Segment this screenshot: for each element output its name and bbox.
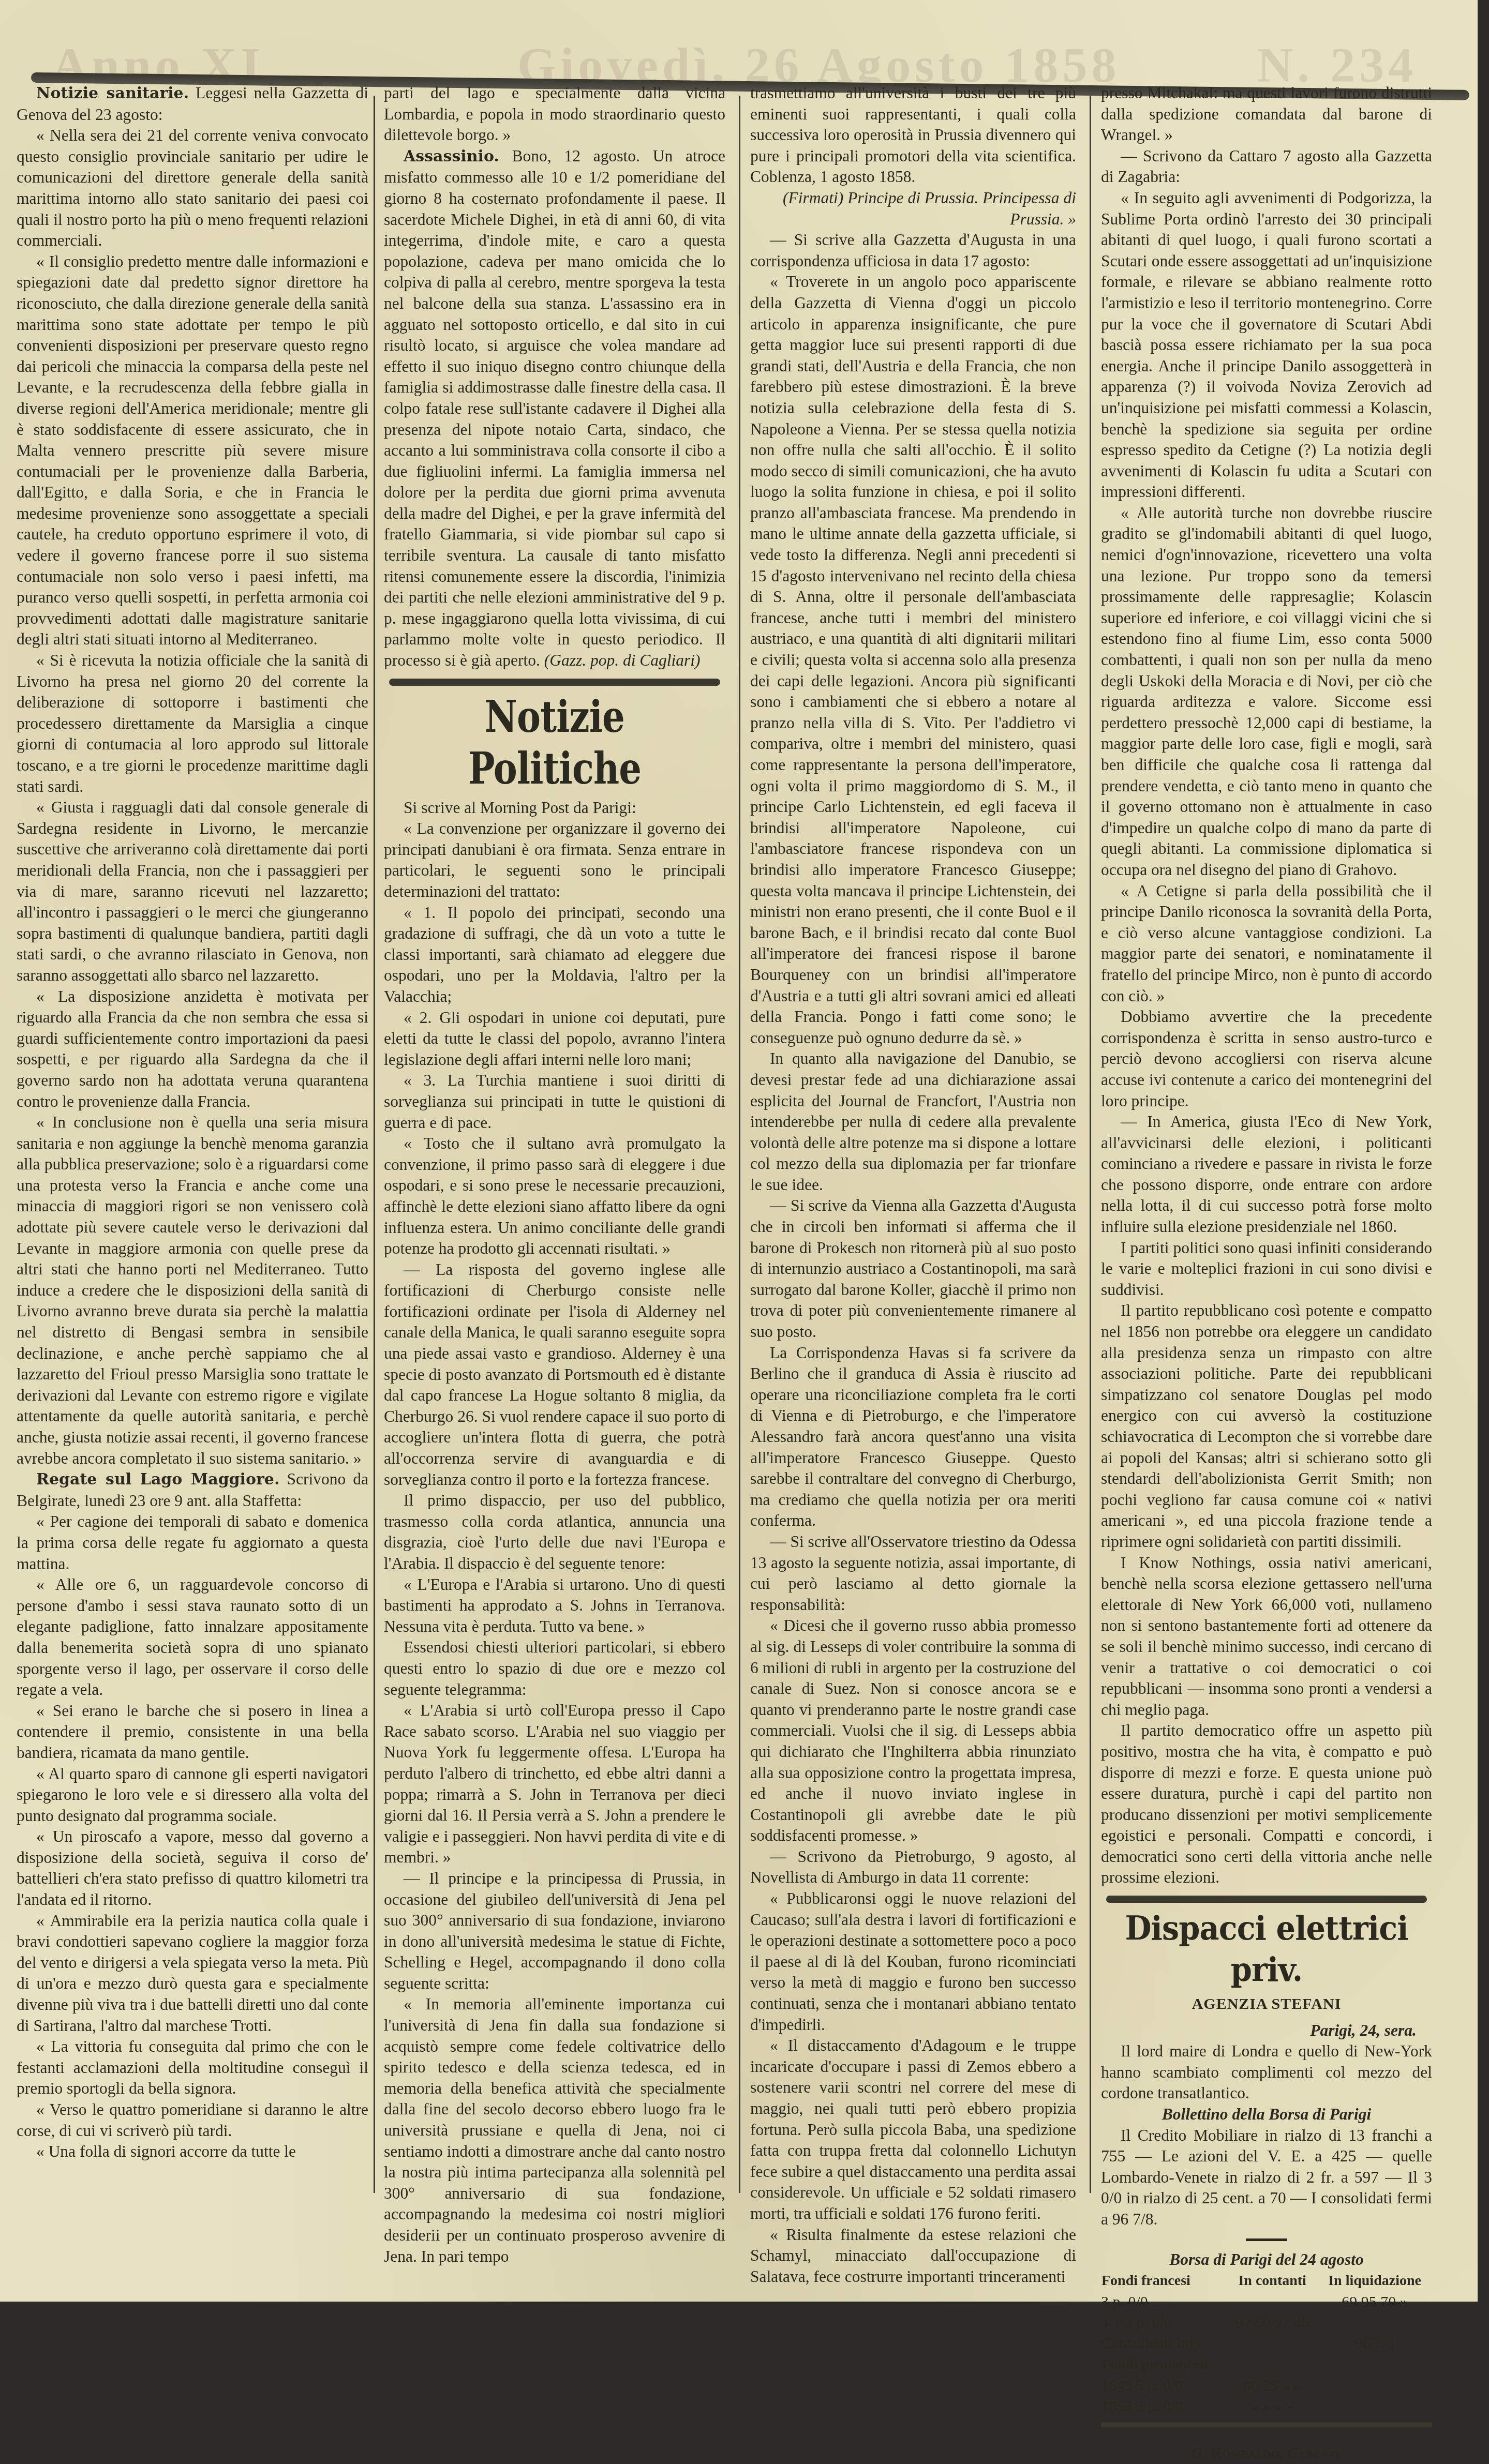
article-paragraph: Regate sul Lago Maggiore. Scrivono da Be… xyxy=(17,1469,368,1511)
borsa-title: Borsa di Parigi del 24 agosto xyxy=(1101,2249,1432,2271)
column-divider xyxy=(1090,96,1091,2193)
article-paragraph: « Risulta finalmente da estese relazioni… xyxy=(750,2225,1076,2288)
article-paragraph: — Si scrive all'Osservatore triestino da… xyxy=(750,1531,1076,1615)
article-paragraph: « La vittoria fu conseguita dal primo ch… xyxy=(17,2036,368,2099)
article-heading: Regate sul Lago Maggiore. xyxy=(36,1470,279,1489)
bulletin-title: Bollettino della Borsa di Parigi xyxy=(1101,2104,1432,2125)
article-paragraph: « Giusta i ragguagli dati dal console ge… xyxy=(17,797,368,986)
article-paragraph: « Per cagione dei temporali di sabato e … xyxy=(17,1511,368,1574)
column-divider xyxy=(374,96,375,2193)
borsa-header: In liquidazione xyxy=(1317,2270,1432,2292)
article-paragraph: « In seguito agli avvenimenti di Podgori… xyxy=(1101,188,1432,503)
article-paragraph: — Il principe e la principessa di Prussi… xyxy=(384,1868,725,1994)
article-heading: Notizie sanitarie. xyxy=(36,84,189,102)
section-rule xyxy=(389,679,720,686)
column-3: trasmettiamo all'università i busti dei … xyxy=(750,83,1076,2287)
agency-name: AGENZIA STEFANI xyxy=(1101,1994,1432,2015)
article-paragraph: Si scrive al Morning Post da Parigi: xyxy=(384,798,725,819)
article-paragraph: — Si scrive alla Gazzetta d'Augusta in u… xyxy=(750,230,1076,272)
article-paragraph: « Dicesi che il governo russo abbia prom… xyxy=(750,1615,1076,1846)
article-paragraph: « In memoria all'eminente importanza cui… xyxy=(384,1994,725,2267)
article-heading: Assassinio. xyxy=(404,147,499,166)
article-paragraph: — Si scrive da Vienna alla Gazzetta d'Au… xyxy=(750,1195,1076,1342)
borsa-header: Fondi francesi xyxy=(1101,2270,1227,2292)
table-row: 3 p. 0/0 . . .69 95 70 » xyxy=(1101,2292,1432,2309)
article-paragraph: In quanto alla navigazione del Danubio, … xyxy=(750,1048,1076,1195)
column-4: presso Mitchakal: ma questi lavori furon… xyxy=(1101,83,1432,2309)
article-paragraph: parti del lago e specialmente dalla vici… xyxy=(384,83,725,146)
section-rule xyxy=(1106,1896,1427,1903)
article-paragraph: « Tosto che il sultano avrà promulgato l… xyxy=(384,1133,725,1259)
article-paragraph: « La convenzione per organizzare il gove… xyxy=(384,818,725,902)
dispatch-dateline: Parigi, 24, sera. xyxy=(1101,2020,1432,2041)
article-paragraph: « L'Europa e l'Arabia si urtarono. Uno d… xyxy=(384,1574,725,1637)
column-2-top: parti del lago e specialmente dalla vici… xyxy=(384,83,725,671)
article-paragraph: « 2. Gli ospodari in unione coi deputati… xyxy=(384,1008,725,1071)
article-paragraph: — Scrivono da Pietroburgo, 9 agosto, al … xyxy=(750,1846,1076,1888)
article-paragraph: « Alle autorità turche non dovrebbe rius… xyxy=(1101,503,1432,881)
article-paragraph: « Al quarto sparo di cannone gli esperti… xyxy=(17,1764,368,1827)
article-paragraph: — In America, giusta l'Eco di New York, … xyxy=(1101,1111,1432,1238)
column-2: parti del lago e specialmente dalla vici… xyxy=(384,83,725,2267)
article-paragraph: « Il consiglio predetto mentre dalle inf… xyxy=(17,251,368,650)
borsa-header: In contanti xyxy=(1227,2270,1317,2292)
article-source: (Gazz. pop. di Cagliari) xyxy=(540,651,701,669)
article-paragraph: « Troverete in un angolo poco appariscen… xyxy=(750,272,1076,1048)
article-paragraph: trasmettiamo all'università i busti dei … xyxy=(750,83,1076,188)
column-4-articles: presso Mitchakal: ma questi lavori furon… xyxy=(1101,83,1432,1888)
article-paragraph: « Il distaccamento d'Adagoum e le truppe… xyxy=(750,2035,1076,2224)
article-paragraph: Il partito repubblicano così potente e c… xyxy=(1101,1300,1432,1552)
article-paragraph: « Sei erano le barche che si posero in l… xyxy=(17,1701,368,1764)
article-paragraph: « La disposizione anzidetta è motivata p… xyxy=(17,986,368,1113)
article-paragraph: — Scrivono da Cattaro 7 agosto alla Gazz… xyxy=(1101,146,1432,188)
article-paragraph: « Verso le quattro pomeridiane si darann… xyxy=(17,2099,368,2141)
article-paragraph: « Una folla di signori accorre da tutte … xyxy=(17,2141,368,2162)
article-paragraph: « 3. La Turchia mantiene i suoi diritti … xyxy=(384,1070,725,1133)
short-rule xyxy=(1246,2238,1287,2241)
article-paragraph: Dobbiamo avvertire che la precedente cor… xyxy=(1101,1006,1432,1111)
column-2-politics: Si scrive al Morning Post da Parigi:« La… xyxy=(384,798,725,2267)
article-paragraph: « A Cetigne si parla della possibilità c… xyxy=(1101,881,1432,1007)
section-title-politiche: Notizie Politiche xyxy=(414,691,694,794)
article-paragraph: Assassinio. Bono, 12 agosto. Un atroce m… xyxy=(384,146,725,671)
article-paragraph: — La risposta del governo inglese alle f… xyxy=(384,1259,725,1491)
article-paragraph: « Un piroscafo a vapore, messo dal gover… xyxy=(17,1826,368,1910)
column-divider xyxy=(739,96,740,2193)
column-1: Notizie sanitarie. Leggesi nella Gazzett… xyxy=(17,83,368,2162)
article-paragraph: « 1. Il popolo dei principati, secondo u… xyxy=(384,903,725,1008)
article-paragraph: Il primo dispaccio, per uso del pubblico… xyxy=(384,1490,725,1574)
borsa-table: Fondi francesi In contanti In liquidazio… xyxy=(1101,2270,1432,2309)
article-paragraph: Notizie sanitarie. Leggesi nella Gazzett… xyxy=(17,83,368,125)
article-paragraph: « Pubblicaronsi oggi le nuove relazioni … xyxy=(750,1888,1076,2035)
article-paragraph: I Know Nothings, ossia nativi americani,… xyxy=(1101,1553,1432,1721)
article-paragraph: Il partito democratico offre un aspetto … xyxy=(1101,1720,1432,1888)
bulletin-text: Il Credito Mobiliare in rialzo di 13 fra… xyxy=(1101,2125,1432,2230)
article-paragraph: (Firmati) Principe di Prussia. Principes… xyxy=(750,188,1076,230)
article-paragraph: « L'Arabia si urtò coll'Europa presso il… xyxy=(384,1700,725,1868)
article-paragraph: « Nella sera dei 21 del corrente veniva … xyxy=(17,125,368,251)
article-paragraph: « Alle ore 6, un ragguardevole concorso … xyxy=(17,1574,368,1701)
article-paragraph: I partiti politici sono quasi infiniti c… xyxy=(1101,1238,1432,1301)
article-paragraph: « Si è ricevuta la notizia officiale che… xyxy=(17,650,368,797)
dispatch-title: Dispacci elettrici priv. xyxy=(1114,1908,1419,1991)
newspaper-page: Anno XI Giovedì, 26 Agosto 1858 N. 234 N… xyxy=(0,0,1478,2302)
article-paragraph: Essendosi chiesti ulteriori particolari,… xyxy=(384,1637,725,1700)
article-paragraph: « Ammirabile era la perizia nautica coll… xyxy=(17,1911,368,2037)
dispatch-message: Il lord maire di Londra e quello di New-… xyxy=(1101,2041,1432,2104)
article-paragraph: presso Mitchakal: ma questi lavori furon… xyxy=(1101,83,1432,146)
article-paragraph: « In conclusione non è quella una seria … xyxy=(17,1112,368,1469)
article-paragraph: La Corrispondenza Havas si fa scrivere d… xyxy=(750,1343,1076,1531)
